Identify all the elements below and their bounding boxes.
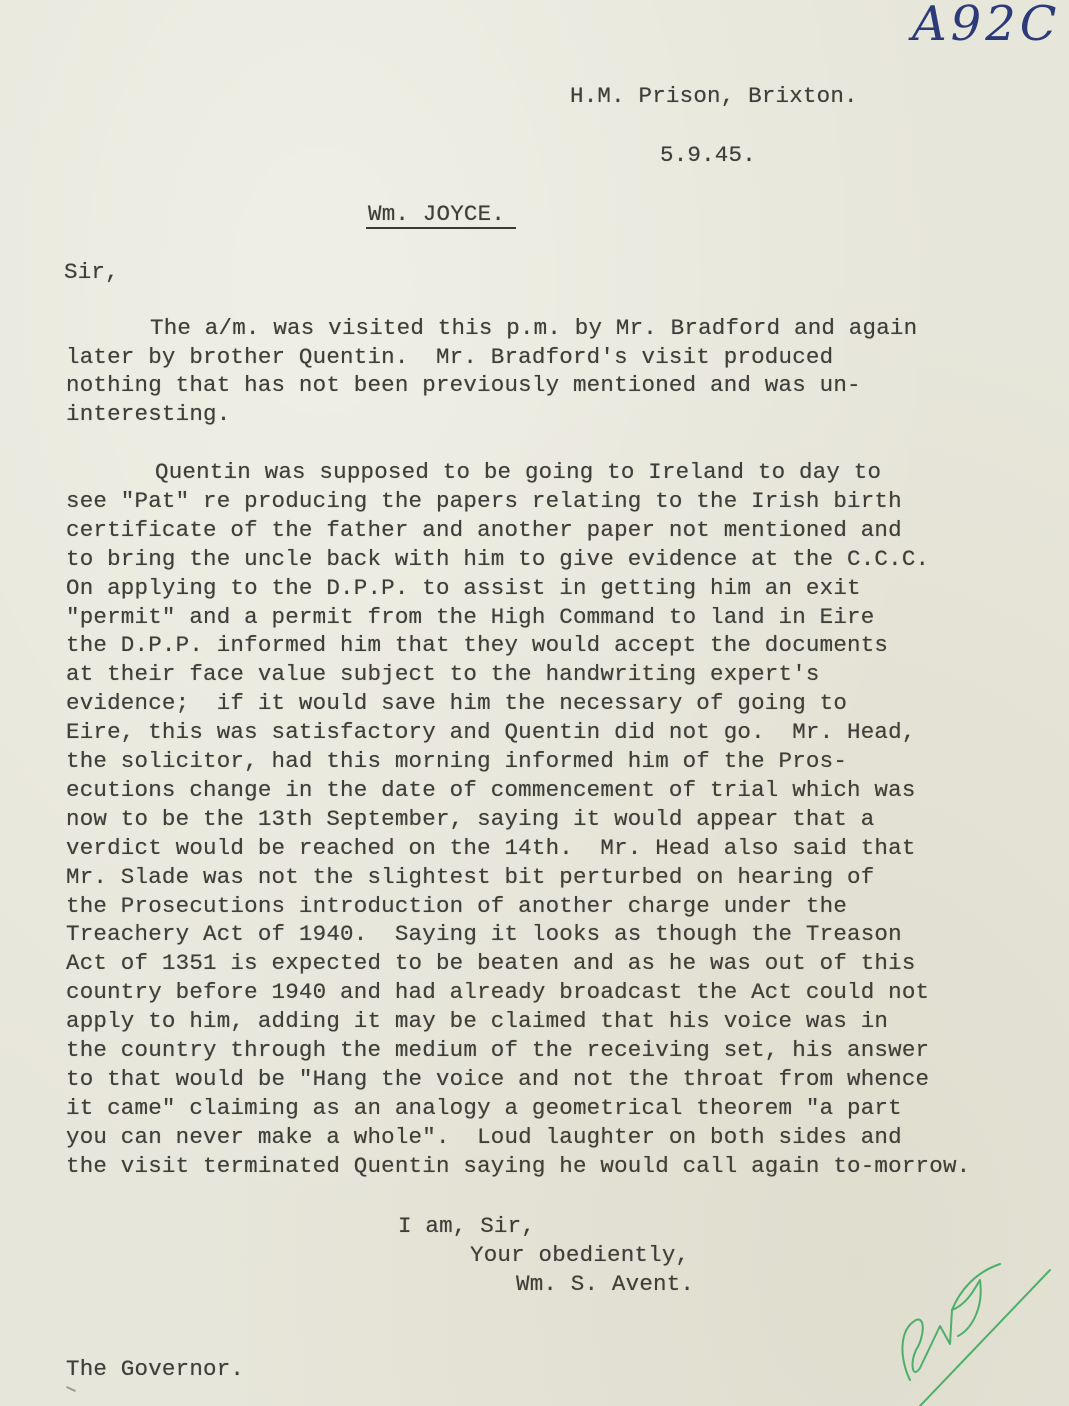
subject-line: Wm. JOYCE. bbox=[368, 200, 505, 229]
text-line: evidence; if it would save him the neces… bbox=[66, 689, 847, 718]
text-line: Quentin was supposed to be going to Irel… bbox=[155, 458, 881, 487]
text-line: at their face value subject to the handw… bbox=[66, 660, 820, 689]
text-line: Mr. Slade was not the slightest bit pert… bbox=[66, 863, 874, 892]
text-line: apply to him, adding it may be claimed t… bbox=[66, 1007, 888, 1036]
salutation: Sir, bbox=[64, 258, 119, 287]
stray-mark bbox=[66, 1386, 76, 1392]
text-line: certificate of the father and another pa… bbox=[66, 516, 902, 545]
text-line: Eire, this was satisfactory and Quentin … bbox=[66, 718, 916, 747]
document-page: A92C H.M. Prison, Brixton. 5.9.45. Wm. J… bbox=[0, 0, 1069, 1406]
text-line: The a/m. was visited this p.m. by Mr. Br… bbox=[150, 314, 917, 343]
text-line: Treachery Act of 1940. Saying it looks a… bbox=[66, 920, 902, 949]
subject-underline bbox=[366, 227, 516, 229]
sender-address: H.M. Prison, Brixton. bbox=[570, 82, 858, 111]
typed-signature: Wm. S. Avent. bbox=[516, 1270, 694, 1299]
handwritten-reference-mark: A92C bbox=[912, 0, 1060, 52]
text-line: interesting. bbox=[66, 400, 230, 429]
text-line: the Prosecutions introduction of another… bbox=[66, 892, 847, 921]
letter-date: 5.9.45. bbox=[660, 141, 756, 170]
text-line: ecutions change in the date of commencem… bbox=[66, 776, 916, 805]
text-line: it came" claiming as an analogy a geomet… bbox=[66, 1094, 902, 1123]
closing-line-2: Your obediently, bbox=[470, 1241, 689, 1270]
text-line: the solicitor, had this morning informed… bbox=[66, 747, 847, 776]
text-line: "permit" and a permit from the High Comm… bbox=[66, 603, 874, 632]
text-line: the visit terminated Quentin saying he w… bbox=[66, 1152, 970, 1181]
text-line: to that would be "Hang the voice and not… bbox=[66, 1065, 929, 1094]
text-line: country before 1940 and had already broa… bbox=[66, 978, 929, 1007]
handwritten-initials bbox=[880, 1250, 1060, 1406]
text-line: to bring the uncle back with him to give… bbox=[66, 545, 929, 574]
addressee: The Governor. bbox=[66, 1355, 244, 1384]
text-line: On applying to the D.P.P. to assist in g… bbox=[66, 574, 861, 603]
text-line: later by brother Quentin. Mr. Bradford's… bbox=[66, 343, 833, 372]
text-line: see "Pat" re producing the papers relati… bbox=[66, 487, 902, 516]
text-line: verdict would be reached on the 14th. Mr… bbox=[66, 834, 916, 863]
text-line: Act of 1351 is expected to be beaten and… bbox=[66, 949, 916, 978]
text-line: you can never make a whole". Loud laught… bbox=[66, 1123, 902, 1152]
text-line: now to be the 13th September, saying it … bbox=[66, 805, 874, 834]
text-line: the D.P.P. informed him that they would … bbox=[66, 631, 888, 660]
text-line: the country through the medium of the re… bbox=[66, 1036, 929, 1065]
closing-line: I am, Sir, bbox=[398, 1212, 535, 1241]
text-line: nothing that has not been previously men… bbox=[66, 371, 861, 400]
